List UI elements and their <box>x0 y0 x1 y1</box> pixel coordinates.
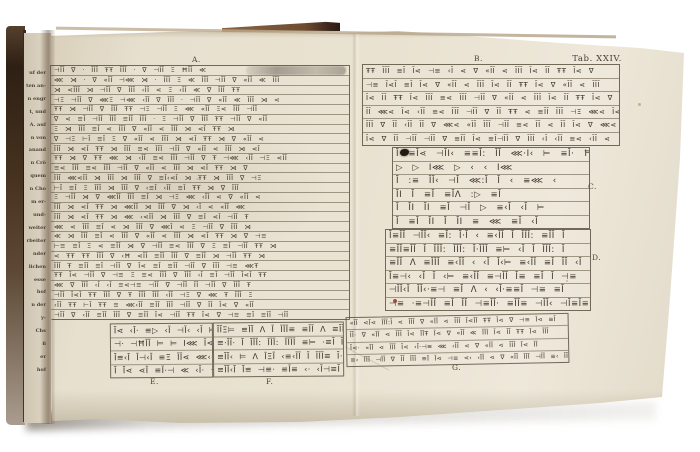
cuneiform-row: ⋘ ⋖ ĪĪĪ ≡Ī ⋖ ⋊ ĪĪĪ ∇ ⋘Ī ⋖ Ξ ⊣ĪĪ ∇ ĪĪĪ ⋊ <box>51 221 349 231</box>
cuneiform-row: ⊢≡ ≡Ī Ξ ⋖ ≡ĪĪ ⋊ ∇ ⊣ĪĪ ≡⋖ ĪĪĪ ∇ Ξ ≡Ī ⊣ĪĪ … <box>51 241 349 251</box>
cuneiform-table-d: Ī≡ĪĪ ⊣ĪĪ‹ ≡Ī: Ī·Ī ‹ ≡‹ĪĪ Ī ĪĪĪ: ≡ĪĪ Ī≡ĪĪ… <box>385 229 591 311</box>
cuneiform-row: ∇ ⊣Ξ ⊢Ī ≡Ī Ξ ∇ «ĪĪ ⋖ ĪĪĪ ⋊ ⋖Ī ŦŦ ⋊ ∇ «ĪĪ… <box>51 133 349 143</box>
cuneiform-row: Ī⋖ ĪĪ ŦŦ Ī⋖ ĪĪĪ ≡⋖ ĪĪĪ ⊣ĪĪ ∇ «ĪĪ ⋖ ĪĪĪ Ī… <box>363 91 619 105</box>
cuneiform-row: ĪΙ Ī ≡Ī ≡ĪΛ :▷ ≡Ī <box>393 188 589 202</box>
cuneiform-row: ĪĪ ⋘⋖ Ī⋖ ‹ĪĪ ≡⋖ ĪĪĪ ⊣ĪĪ ∇ ĪĪ ŦŦ ⋖ ≡ĪĪ ĪĪ… <box>363 105 619 119</box>
cuneiform-row: Ī⋖ ‹Ī· ≡▷ ‹Ī ⊣Ī‹ ‹Ī ⊨ <box>111 324 212 337</box>
cuneiform-table-a: ⊣ĪĪ ∇ · ĪĪĪ ŦŦ ĪĪĪ · ∇ ⊣ĪĪ Ξ ĦĪĪ ≪⋘ ⋊ · … <box>50 65 350 320</box>
cuneiform-row: ĪĪĪ ⋘⋖ĪĪ ⋊ ĪĪĪ ⋊ ĪĪĪ ∇ ≡Ī‹⋖Ī ⋊ ŦŦ ⋊ ĪĪĪ … <box>51 172 349 182</box>
cuneiform-row: ⊣ĪĪ‹Ī ĪĪ‹·≡⊣ ≡Ī Λ ‹ ‹Ī·≡≡Ī ⊣≡ ≡Ī <box>386 283 590 297</box>
cuneiform-row: ⋖ ŦŦ ŦŦ ĪĪĪ ∇ ‹Ħ ⋖ĪĪ ≡ĪĪ ĪĪĪ ∇ ≡ĪĪ ⋊ ⊣ĪĪ… <box>51 251 349 261</box>
cuneiform-row: ≪ ⋊ ĪĪĪ ≡Ī ⋖ ĪĪĪ ∇ «ĪĪ ⋖ ĪĪĪ ⋊ ⋖Ī ŦŦ ⋊ ∇… <box>51 231 349 241</box>
cuneiform-row: ‹ĪĪ ŦŦ ⊢Ī ŦŦ ≡ ⋘‹ĪĪ ≡ĪĪ ĪĪĪ ⊣ĪĪ ∇ ĪĪ Ī⋖ … <box>51 299 349 309</box>
cuneiform-row: ≡⋖ ĪĪĪ ≡⋖ ĪĪĪ ⊣ĪĪ ∇ «ĪĪ ⋖ ĪĪĪ ⋊ ⋖Ī ŦŦ ⋊ … <box>51 163 349 173</box>
cuneiform-row: ⊣ĪĪ ∇ ‹ĪĪ ≡ĪĪ ĪĪĪ ∇ ≡ĪĪ Ī⋖ ⊣ĪĪ ŦŦ Ī⋖ ∇ ⊣… <box>51 309 349 319</box>
book-photograph: uf derten an-n engrt, undA. aufn vonanan… <box>0 0 700 452</box>
section-label-b: B. <box>474 54 483 63</box>
section-label-f: F. <box>266 377 273 386</box>
gutter-shadow <box>40 30 55 424</box>
section-label-d: D. <box>592 253 601 262</box>
cuneiform-row: ⊣Ξ ⊣ĪĪ ∇ ⋘Ξ ⊣⋘ ‹ĪĪ ∇ ĪĪĪ · ⊣ĪĪ ∇ «ĪĪ ≪ Ī… <box>51 94 349 104</box>
cuneiform-table-b: ŦŦ ĪĪĪ ≡Ī Ī⋖ ⊣≡ ‹Ī ⋖ ∇ «ĪĪ ⋖ ĪĪĪ Ī⋖ ĪĪ Ŧ… <box>362 64 620 146</box>
foxing-spot <box>196 178 199 180</box>
cuneiform-row: ⊣≡ ·≡⊣ĪĪ ≡Ī ĪĪ ⊣≡ĪĪ· ≡ĪĪ≡ ⊣ĪĪ‹ ⊣Ī≡Ī≡⊣ĪĪ <box>386 297 590 311</box>
cuneiform-row: Ī ĪΙ ĪΙ ≡Ī ⊣Ī ▷ ≡‹Ī ‹Ī ⊨ <box>393 201 589 215</box>
cuneiform-table-g: «ĪĪ ⋖Ī⋖ ĪĪĪ:Ī ⋖ ĪĪĪ ∇ «ĪĪ ⋖ ĪĪĪ Ī⋖ĪĪ ŦŦ … <box>346 313 570 367</box>
cuneiform-row: Ī⋖ ∇ ĪĪ ⊣ĪĪ ⊣ĪĪ ∇ ≡ĪĪ Ī⋖ ≡Ī⊣ĪĪ ∇ ĪĪĪ ‹Ī … <box>363 132 619 146</box>
cuneiform-row: ⊢Ī ≡Ī Ξ ĪĪĪ ⋊ ĪĪĪ ∇ ‹≡Ī ‹ĪĪ ≡Ī ŦŦ ⋊ ∇ ĪĪ… <box>51 182 349 192</box>
cuneiform-row: ŦŦ ⋊ ∇ ŦŦ ⋘ ⋊ ‹ĪĪ ≡⋖ ĪĪĪ ⊣ĪĪ ∇ Ŧ ⊣⋘ ‹ĪĪ … <box>51 153 349 163</box>
smudge-stain <box>246 66 346 75</box>
cuneiform-row: ⊣· ⊣ĦĪĪ ⊨ ⊨ Ι⋘ Ī⋖ ∇ <box>111 336 212 350</box>
cuneiform-row: ▷ ▷ Ι⋘ ▷ ‹ ‹ Ι⋘ <box>393 161 589 175</box>
cuneiform-row: ⋘ ∇ ĪĪĪ ‹Ī ‹Ī ≡⋖⊣≡ ⊣ĪĪ ∇ ⊣ĪĪ ĪĪ ⊣ĪĪ ∇ ĪĪ… <box>51 280 349 290</box>
cuneiform-table-f: ĪĪΞ⊨ ≡ĪĪ Λ Ī ĪĪĪ≡ ≡ĪĪ Λ ≡ĪĪ≡·ĪĪ· Ī ĪĪĪ: … <box>213 322 344 378</box>
cuneiform-row: ĪĪĪ ⋊ ⋖Ī ŦŦ ⋊ ĪĪĪ ≡⋖ ĪĪĪ ⊣ĪĪ ∇ «ĪĪ ⋖ ĪĪĪ… <box>51 143 349 153</box>
foxing-spot <box>566 280 568 282</box>
cuneiform-row: Ī≡⊣‹ ‹Ī Ī ‹⊨ ≡‹ĪĪ ≡⊣ĪĪ Ī≡ ≡Ī Ī ⊣≡ <box>386 270 590 284</box>
cuneiform-row: ≡ĪĪ‹ ⊨ Λ ĪΞĪ ‹≡‹ĪĪ Ī ĪĪĪ≡ Ī·⊣· <box>214 349 343 363</box>
cuneiform-row: Ī :≡ ĪĪ‹ ⊣Ī ⋘:Ī Ī ‹ ≡⋘ ‹ <box>393 174 589 188</box>
foxing-spot <box>638 103 641 106</box>
plate-number-label: Tab. XXIV. <box>552 54 622 64</box>
cuneiform-row: Ī ≡Ī⋖ ⊣ĪΙ‹ ≡≡Ī: ĪĪ ⋘·Ι‹ ⊨ ≡Ī· ĦĪĪĪ <box>393 148 589 161</box>
section-label-e: E. <box>150 377 159 386</box>
cuneiform-row: ⋊ ⋖ĪĪĪ ⋊ ⊣ĪĪ ∇ ĪĪĪ ‹ĪĪ ⋖ Ξ ‹ĪĪ ≪ ∇ ĪĪĪ Ŧ… <box>51 85 349 95</box>
cuneiform-row: ≡·ĪĪ· Ī ĪĪĪ: ĪĪĪ: ĪĪĪĪ ≡⊨ ·≡Ī Ī ≡·ĪĪ <box>214 335 343 349</box>
cuneiform-table-e: Ī⋖ ‹Ī· ≡▷ ‹Ī ⊣Ī‹ ‹Ī ⊨⊣· ⊣ĦĪĪ ⊨ ⊨ Ι⋘ Ī⋖ ∇… <box>110 323 213 379</box>
section-label-a: A. <box>192 55 201 64</box>
cuneiform-row: ĪĪĪ ∇ ĪĪ ‹ĪĪ ĪĪ ∇ ⋘⋖ «ĪĪ ĪĪĪ ⊣ĪĪ ≡⋖ ĪĪ ⋖… <box>363 118 619 132</box>
cuneiform-row: Ī≡‹Ī Ī⊣‹Ī ≡Ξ ĪĪ⋖ ⋘‹‹ ⊨ <box>111 350 212 364</box>
foldout-plate-page: Tab. XXIV. A. B. C. D. E. F. G. ⊣ĪĪ ∇ · … <box>46 28 686 424</box>
cuneiform-row: Ī Ī⋖ ⋖Ī ≡Ī·⊣ ≪ ‹Ī· ⊣‹ <box>111 363 212 377</box>
cuneiform-row: ⊣ĪĪ Ī⋖Ī ŦŦ ĪĪĪ ∇ Ŧ ĪĪĪ ĪĪĪ ‹ĪĪ ⊣Ξ ∇ ⋘ Ŧ … <box>51 290 349 300</box>
cuneiform-row: ∇ ⋖ ≡Ī ⊣ĪĪ ĪĪĪ ≡ĪĪ ĪĪĪ · Ξ ⊣ĪĪ ∇ ĪĪĪ ŦŦ … <box>51 114 349 124</box>
cuneiform-row: ≡ĪĪ‹Ī Ī≡ ⊣≡· ≡Ī≡ ‹· ‹Ī⊣≡Ī <box>214 362 343 376</box>
cuneiform-row: ŦŦ ĪĪĪ ≡Ī Ī⋖ ⊣≡ ‹Ī ⋖ ∇ «ĪĪ ⋖ ĪĪĪ Ī⋖ ĪĪ Ŧ… <box>363 65 619 78</box>
cuneiform-row: ⋘ ⋊ · ∇ «ĪĪ ⊣⋘ ⋊ · ĪĪĪ Ξ ≪ ĪĪĪ ⊣ĪĪ ∇ «ĪĪ… <box>51 75 349 85</box>
red-ink-spot <box>393 299 397 303</box>
cuneiform-row: Ī ≡Ī ĪΙ Ī ĪΙ ≡ ⋘ ≡Ī ‹Ī <box>393 215 589 229</box>
cuneiform-row: ≡ĪĪ≡ĪĪ Ī ĪĪĪ: ĪĪĪ: Ī·ĪĪĪ ≡⊨ ‹Ī Ī ĪĪĪ: Ī <box>386 243 590 257</box>
cuneiform-row: ŦŦ ⋊ ⊣ĪĪ ∇ ĪĪĪ ŦŦ ⊣Ξ ⊣ĪĪ Ξ ⋘ «ĪĪ Ξ⋖ ĪĪĪ … <box>51 104 349 114</box>
cuneiform-row: Ξ ⊣ĪĪ ⋊ ∇ ⋘ĪĪ ĪĪĪ ≡Ī ⋊ ⊣Ξ ⋘ ‹ĪĪ ⋖ ∇ «ĪĪ … <box>51 192 349 202</box>
cuneiform-row: ŦŦ Ī⋖ ⊣ĪĪ ∇ ⊣≡ Ξ ≡⋖ ĪĪĪ ∇ ĪĪĪ ‹Ī ≡Ī ⊣ĪĪ … <box>51 270 349 280</box>
cuneiform-row: Ξ ⋊ ĪĪĪ ≡Ī ⋖ ĪĪĪ ∇ «ĪĪ ⋖ ĪĪĪ ⋊ ⋖Ī ŦŦ ⋊ <box>51 124 349 134</box>
cuneiform-row: Ī≡ĪĪ ⊣ĪĪ‹ ≡Ī: Ī·Ī ‹ ≡‹ĪĪ Ī ĪĪĪ: ≡ĪĪ Ī <box>386 230 590 243</box>
cuneiform-row: ĪĪΞ⊨ ≡ĪĪ Λ Ī ĪĪĪ≡ ≡ĪĪ Λ ≡ĪĪ <box>214 323 343 336</box>
cuneiform-row: ĪĪĪ ⋊ ⋖Ī ŦŦ ⋊ ⋘ĪĪ ⋊ ĪĪĪ ∇ ⋊ ‹Ī ⋖ «ĪĪ ⋘ <box>51 202 349 212</box>
cuneiform-row: ĪĪĪ Ŧ ≡ĪĪ ≡Ī ⊣ĪĪ ∇ Ī⋖ ≡Ī ≡ĪĪ ⊣ĪĪ ∇ ĪĪĪ ⊣… <box>51 260 349 270</box>
cuneiform-table-c: Ī ≡Ī⋖ ⊣ĪΙ‹ ≡≡Ī: ĪĪ ⋘·Ι‹ ⊨ ≡Ī· ĦĪĪĪ▷ ▷ Ι⋘… <box>392 147 590 229</box>
cuneiform-row: ≡ĪĪ Λ ≡ĪĪĪ ≡‹ĪĪ ‹ ‹Ī Ī‹⊨ ≡‹ĪĪ ≡Ī ĪĪ ‹Ī <box>386 256 590 270</box>
cuneiform-row: ĪĪĪ ⋊ ⋖Ī ŦŦ ⋊ ⋘ ‹⋖ĪĪ ⋊ ĪĪĪ ∇ ≡Ī ⋖Ī ⊣ĪĪ Ŧ <box>51 211 349 221</box>
cuneiform-row: ⊣≡ Ī⋖Ī ≡Ī Ī⋖ ∇ «ĪĪ ⋖ ĪĪĪ Ī⋖ ĪĪ ŦŦ Ī⋖ ∇ «… <box>363 78 619 92</box>
